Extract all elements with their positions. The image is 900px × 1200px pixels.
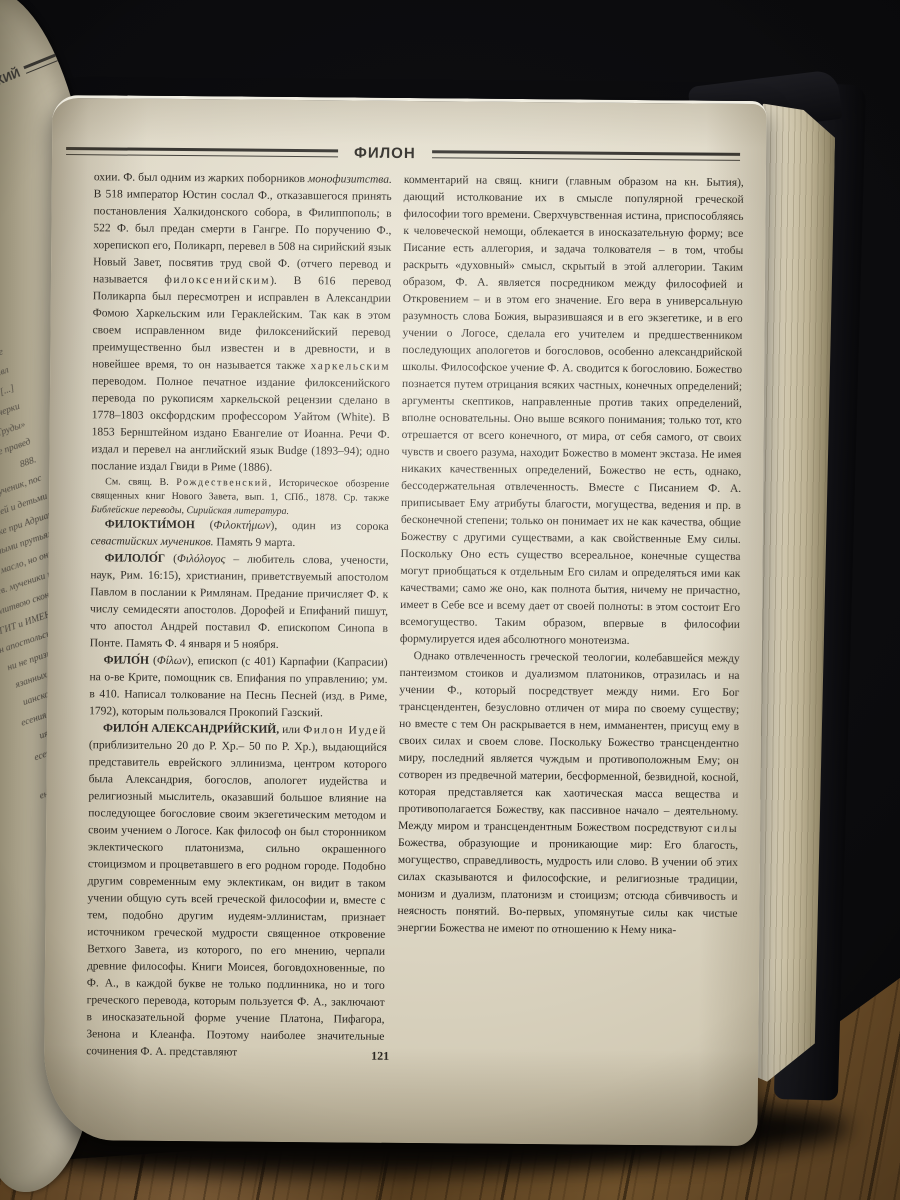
text-segment: Φιλόλογος <box>177 553 225 565</box>
left-column: охии. Ф. был одним из жарких поборников … <box>86 169 392 1134</box>
text-segment: Библейские переводы, Сирийская литератур… <box>91 504 289 517</box>
paragraph: См. свящ. В. Рождественский, Историческо… <box>91 475 389 519</box>
paragraph: Однако отвлеченность греческой теологии,… <box>397 648 740 940</box>
text-segment: ), один из сорока <box>270 520 388 533</box>
text-segment: ФИЛОКТИ́МОН <box>105 519 195 532</box>
text-segment: ФИЛОЛО́Г <box>104 553 165 566</box>
text-segment: Однако отвлеченность греческой теологии,… <box>398 650 740 835</box>
paragraph: ФИЛО́Н АЛЕКСАНДРИ́ЙСКИЙ, или Филон Иудей… <box>86 721 387 1064</box>
text-segment: севастийских мучеников. <box>91 536 214 549</box>
text-segment: силы <box>707 823 738 835</box>
paragraph: комментарий на свящ. книги (главным обра… <box>400 172 744 651</box>
text-columns: охии. Ф. был одним из жарких поборников … <box>44 159 766 1137</box>
text-segment: – любитель слова, учености, наук, Рим. 1… <box>90 554 389 651</box>
text-segment: или <box>279 724 303 736</box>
text-segment: Φίλων <box>157 655 187 667</box>
paragraph: ФИЛОЛО́Г (Φιλόλογος – любитель слова, уч… <box>90 551 389 656</box>
text-segment: (приблизительно 20 до Р. Хр.– 50 по Р. Х… <box>86 740 387 1059</box>
text-segment: монофизитства. <box>308 173 392 186</box>
text-segment: Память 9 марта. <box>214 537 296 550</box>
text-segment: ФИЛО́Н АЛЕКСАНДРИ́ЙСКИЙ, <box>103 723 279 737</box>
text-segment: Рождественский <box>176 477 269 489</box>
paragraph: ФИЛО́Н (Φίλων), епископ (с 401) Карпафии… <box>89 653 388 724</box>
text-segment: Божества, образующие и проникающие мир: … <box>397 837 738 936</box>
text-segment: В 518 император Юстин сослал Ф., отказав… <box>93 188 392 286</box>
text-segment: Φιλοκτήμων <box>213 520 270 532</box>
text-segment: комментарий на свящ. книги (главным обра… <box>400 174 744 647</box>
text-segment: харкельским <box>311 360 391 373</box>
text-segment: ФИЛО́Н <box>104 655 149 667</box>
text-segment: филоксенийским <box>164 274 270 287</box>
text-segment: См. свящ. В. <box>105 476 176 488</box>
running-head-rule <box>24 54 59 74</box>
paragraph: ФИЛОКТИ́МОН (Φιλοκτήμων), один из сорока… <box>91 517 389 554</box>
page-number: 121 <box>356 1049 404 1064</box>
text-segment: ( <box>165 553 177 565</box>
right-column: комментарий на свящ. книги (главным обра… <box>396 172 744 1137</box>
photo-of-open-book: { "colors":{ "background":"#0a0a0c", "pa… <box>0 0 900 1200</box>
running-head-rule-left <box>66 147 338 157</box>
book-page: ФИЛОН охии. Ф. был одним из жарких побор… <box>43 95 766 1146</box>
text-segment: переводом. Полное печатное издание филок… <box>91 375 390 474</box>
running-head-title: ФИЛОН <box>354 145 416 163</box>
text-segment: Филон Иудей <box>303 725 387 738</box>
text-segment: ( <box>195 520 214 532</box>
running-head-rule-right <box>432 150 740 161</box>
paragraph: охии. Ф. был одним из жарких поборников … <box>91 169 392 478</box>
text-segment: охии. Ф. был одним из жарких поборников <box>94 171 308 185</box>
text-segment: ). В 616 перевод Поликарпа был пересмотр… <box>92 275 391 372</box>
